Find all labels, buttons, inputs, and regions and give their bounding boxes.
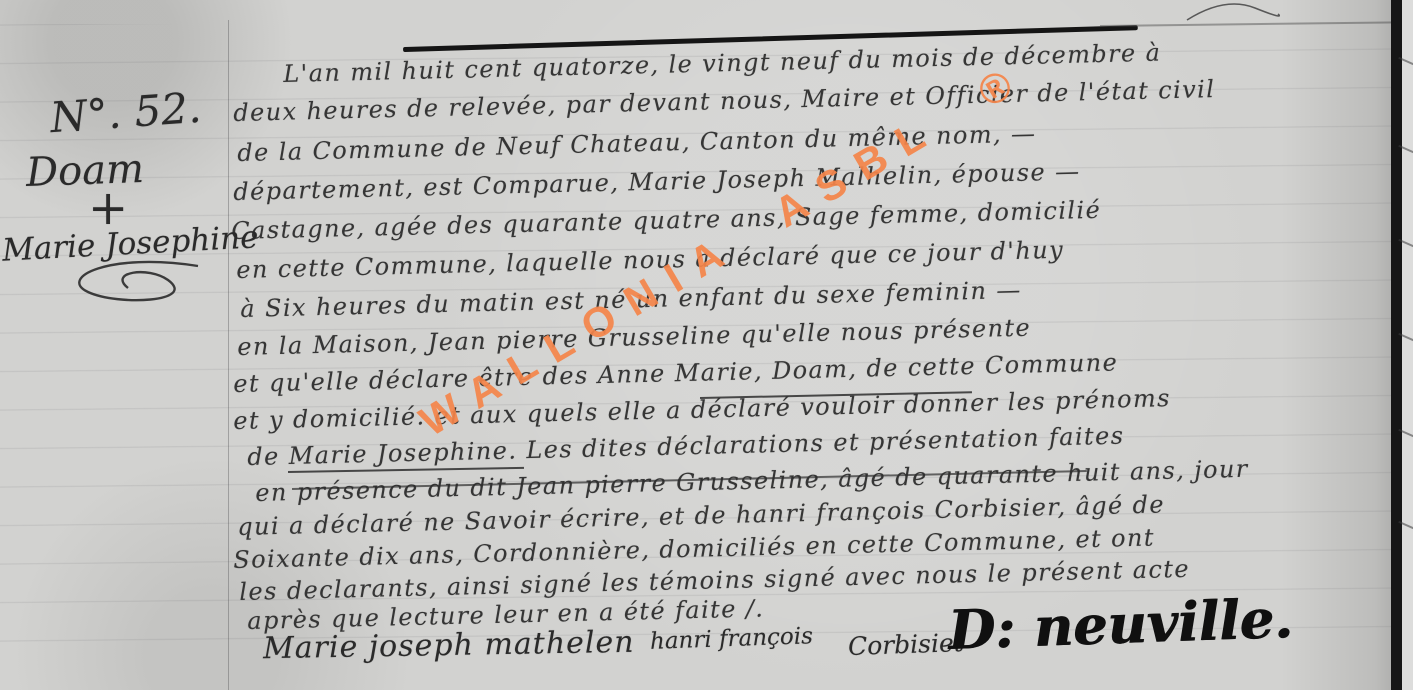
margin-divider-line <box>228 20 229 690</box>
scanned-birth-record-page: N°. 52. Doam + Marie Josephine L'an mil … <box>0 0 1413 690</box>
signature-witness-2: Corbisiet <box>848 628 965 661</box>
top-pen-flourish <box>1185 0 1280 24</box>
margin-paraph-flourish <box>48 258 248 310</box>
signature-declarant: Marie joseph mathelen <box>263 625 635 666</box>
adjacent-page-strip <box>1402 0 1413 690</box>
page-binding-edge <box>1391 0 1402 690</box>
signature-mayor: D: neuville. <box>947 586 1294 662</box>
